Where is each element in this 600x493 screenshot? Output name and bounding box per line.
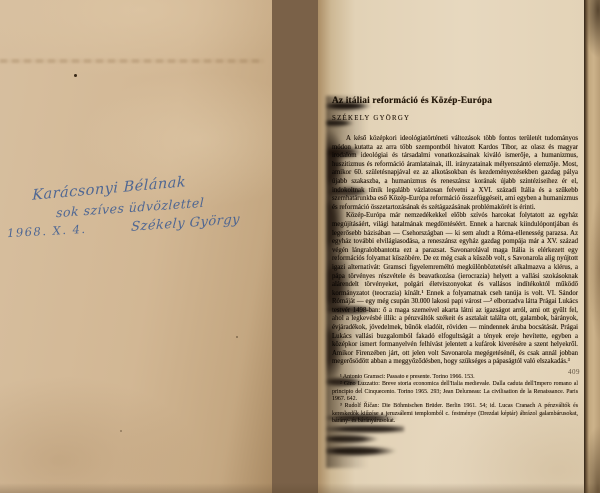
footnote: ³ Rudolf Říčan: Die Böhmischen Brüder. B… [332,403,578,425]
left-page: Karácsonyi Bélának sok szíves üdvözlette… [0,0,272,493]
right-page: Az itáliai reformáció és Közép-Európa SZ… [318,0,584,493]
article-title: Az itáliai reformáció és Közép-Európa [332,96,578,106]
footnote: ² Gino Luzzatto: Breve storia economica … [332,381,578,403]
article-text-block: Az itáliai reformáció és Közép-Európa SZ… [332,96,578,425]
paper-crease [0,59,264,63]
paragraph: A késő középkori ideológiatörténeti vált… [332,135,578,212]
footnotes: ¹ Antonio Gramsci: Passato e presente. T… [332,374,578,425]
ink-speck [120,430,122,432]
paragraph: Közép-Európa már nemzedékekkel előbb szí… [332,212,578,367]
article-author: SZÉKELY GYÖRGY [332,115,578,122]
page-number: 409 [568,368,580,376]
book-spread-scan: Karácsonyi Bélának sok szíves üdvözlette… [0,0,600,493]
ink-speck [236,336,238,338]
page-edge-strip [584,0,600,493]
ink-speck [74,74,77,77]
book-gutter-shadow [272,0,318,493]
dedication-signature: Székely György [131,212,241,235]
dedication-date: 1968. X. 4. [7,222,87,240]
